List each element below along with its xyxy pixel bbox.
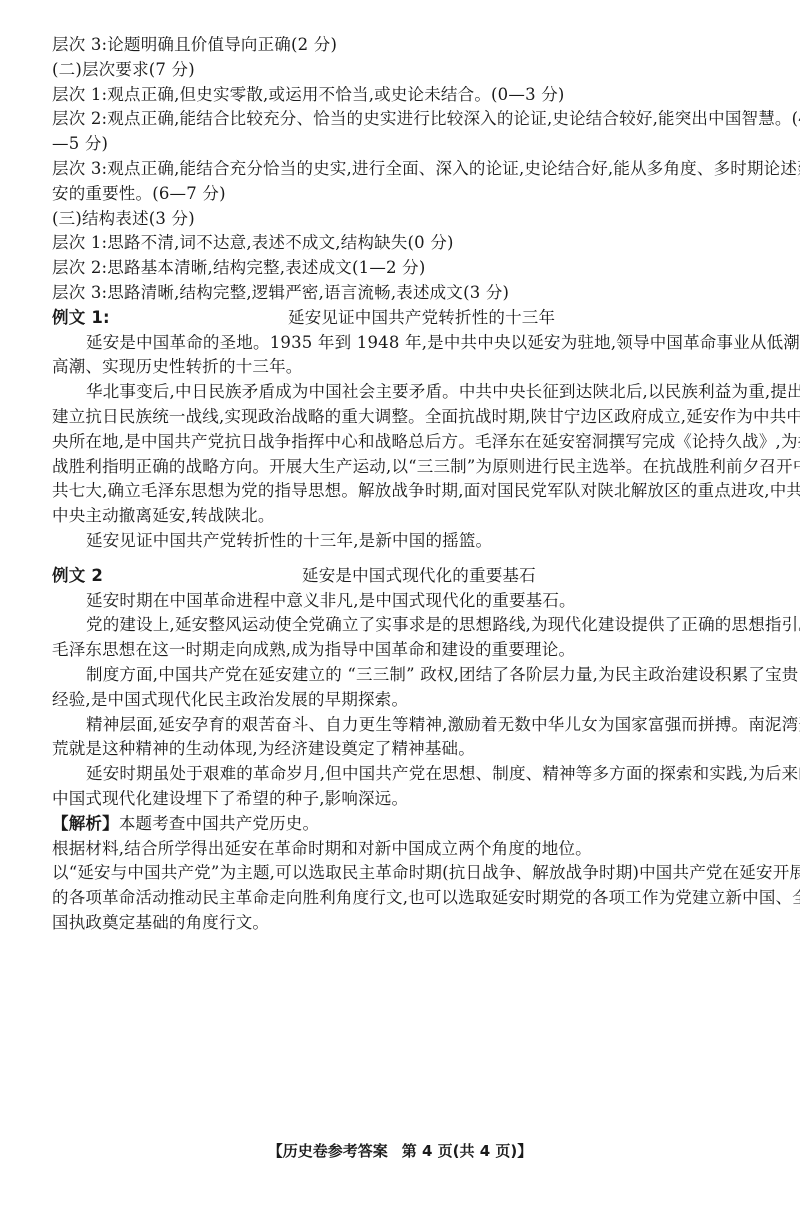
example-2-line: 党的建设上,延安整风运动使全党确立了实事求是的思想路线,为现代化建设提供了正确的… bbox=[52, 613, 772, 638]
rubric-line: 安的重要性。(6—7 分) bbox=[52, 182, 772, 207]
analysis-lead: 本题考查中国共产党历史。 bbox=[119, 814, 319, 833]
example-1-line: 延安是中国革命的圣地。1935 年到 1948 年,是中共中央以延安为驻地,领导… bbox=[52, 331, 772, 356]
example-2-line: 延安时期在中国革命进程中意义非凡,是中国式现代化的重要基石。 bbox=[52, 589, 772, 614]
rubric-heading-level-requirements: (二)层次要求(7 分) bbox=[52, 58, 772, 83]
spacer bbox=[52, 554, 772, 564]
rubric-section: 层次 3:论题明确且价值导向正确(2 分) (二)层次要求(7 分) 层次 1:… bbox=[52, 33, 772, 306]
example-2-label: 例文 2 bbox=[52, 566, 103, 585]
analysis-section: 【解析】本题考查中国共产党历史。 根据材料,结合所学得出延安在革命时期和对新中国… bbox=[52, 812, 772, 936]
example-1-line: 战胜利指明正确的战略方向。开展大生产运动,以“三三制”为原则进行民主选举。在抗战… bbox=[52, 455, 772, 480]
example-1-line: 共七大,确立毛泽东思想为党的指导思想。解放战争时期,面对国民党军队对陕北解放区的… bbox=[52, 479, 772, 504]
example-1-line: 华北事变后,中日民族矛盾成为中国社会主要矛盾。中共中央长征到达陕北后,以民族利益… bbox=[52, 380, 772, 405]
example-2-line: 荒就是这种精神的生动体现,为经济建设奠定了精神基础。 bbox=[52, 737, 772, 762]
rubric-line: 层次 1:思路不清,词不达意,表述不成文,结构缺失(0 分) bbox=[52, 231, 772, 256]
page-footer: 【历史卷参考答案第 4 页(共 4 页)】 bbox=[0, 1140, 800, 1161]
example-2-header: 例文 2 延安是中国式现代化的重要基石 bbox=[52, 564, 772, 589]
example-1-line: 建立抗日民族统一战线,实现政治战略的重大调整。全面抗战时期,陕甘宁边区政府成立,… bbox=[52, 405, 772, 430]
rubric-line: 层次 1:观点正确,但史实零散,或运用不恰当,或史论未结合。(0—3 分) bbox=[52, 83, 772, 108]
example-1-line: 中央主动撤离延安,转战陕北。 bbox=[52, 504, 772, 529]
example-2-line: 中国式现代化建设埋下了希望的种子,影响深远。 bbox=[52, 787, 772, 812]
example-2-line: 经验,是中国式现代化民主政治发展的早期探索。 bbox=[52, 688, 772, 713]
analysis-line: 的各项革命活动推动民主革命走向胜利角度行文,也可以选取延安时期党的各项工作为党建… bbox=[52, 886, 772, 911]
analysis-line: 根据材料,结合所学得出延安在革命时期和对新中国成立两个角度的地位。 bbox=[52, 837, 772, 862]
example-1-line: 延安见证中国共产党转折性的十三年,是新中国的摇篮。 bbox=[52, 529, 772, 554]
example-2-line: 制度方面,中国共产党在延安建立的 “三三制” 政权,团结了各阶层力量,为民主政治… bbox=[52, 663, 772, 688]
example-2-line: 精神层面,延安孕育的艰苦奋斗、自力更生等精神,激励着无数中华儿女为国家富强而拼搏… bbox=[52, 713, 772, 738]
example-2-line: 毛泽东思想在这一时期走向成熟,成为指导中国革命和建设的重要理论。 bbox=[52, 638, 772, 663]
document-page: 层次 3:论题明确且价值导向正确(2 分) (二)层次要求(7 分) 层次 1:… bbox=[52, 33, 772, 936]
example-1-header: 例文 1: 延安见证中国共产党转折性的十三年 bbox=[52, 306, 772, 331]
example-1-label: 例文 1: bbox=[52, 308, 110, 327]
example-essay-1: 例文 1: 延安见证中国共产党转折性的十三年 延安是中国革命的圣地。1935 年… bbox=[52, 306, 772, 554]
footer-doc-name: 【历史卷参考答案 bbox=[268, 1142, 388, 1160]
example-1-line: 高潮、实现历史性转折的十三年。 bbox=[52, 355, 772, 380]
rubric-heading-structure: (三)结构表述(3 分) bbox=[52, 207, 772, 232]
footer-page-number: 第 4 页(共 4 页)】 bbox=[402, 1142, 532, 1160]
analysis-line: 国执政奠定基础的角度行文。 bbox=[52, 911, 772, 936]
analysis-label: 【解析】 bbox=[52, 814, 119, 833]
example-1-title: 延安见证中国共产党转折性的十三年 bbox=[288, 306, 555, 331]
rubric-line: 层次 2:观点正确,能结合比较充分、恰当的史实进行比较深入的论证,史论结合较好,… bbox=[52, 107, 772, 132]
example-2-title: 延安是中国式现代化的重要基石 bbox=[302, 564, 536, 589]
rubric-line: 层次 3:思路清晰,结构完整,逻辑严密,语言流畅,表述成文(3 分) bbox=[52, 281, 772, 306]
rubric-line: —5 分) bbox=[52, 132, 772, 157]
rubric-line: 层次 2:思路基本清晰,结构完整,表述成文(1—2 分) bbox=[52, 256, 772, 281]
analysis-heading: 【解析】本题考查中国共产党历史。 bbox=[52, 812, 772, 837]
example-2-line: 延安时期虽处于艰难的革命岁月,但中国共产党在思想、制度、精神等多方面的探索和实践… bbox=[52, 762, 772, 787]
example-essay-2: 例文 2 延安是中国式现代化的重要基石 延安时期在中国革命进程中意义非凡,是中国… bbox=[52, 564, 772, 812]
rubric-line: 层次 3:论题明确且价值导向正确(2 分) bbox=[52, 33, 772, 58]
analysis-line: 以“延安与中国共产党”为主题,可以选取民主革命时期(抗日战争、解放战争时期)中国… bbox=[52, 861, 772, 886]
example-1-line: 央所在地,是中国共产党抗日战争指挥中心和战略总后方。毛泽东在延安窑洞撰写完成《论… bbox=[52, 430, 772, 455]
rubric-line: 层次 3:观点正确,能结合充分恰当的史实,进行全面、深入的论证,史论结合好,能从… bbox=[52, 157, 772, 182]
